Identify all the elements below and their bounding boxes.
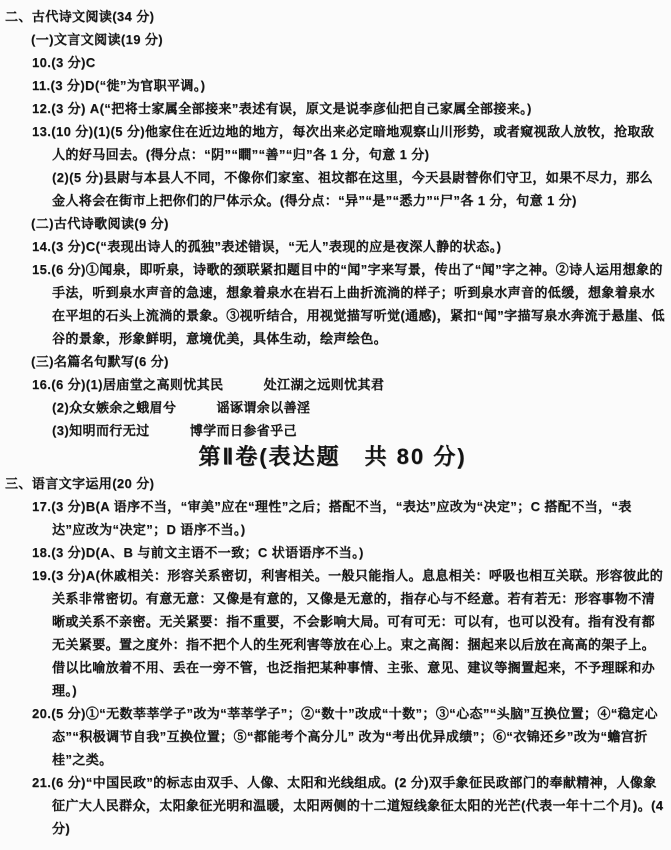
section-2-title: 二、古代诗文阅读(34 分): [0, 5, 665, 28]
answer-q13-part2: (2)(5 分)县尉与本县人不同，不像你们家室、祖坟都在这里，今天县尉替你们守卫…: [0, 166, 665, 212]
volume-2-heading: 第Ⅱ卷(表达题 共 80 分): [0, 442, 665, 472]
answer-q11: 11.(3 分)D(“徙”为官职平调。): [0, 74, 665, 97]
subsection-1-title: (一)文言文阅读(19 分): [0, 28, 665, 51]
section-3-title: 三、语言文字运用(20 分): [0, 472, 665, 495]
answer-q12: 12.(3 分) A(“把将士家属全部接来”表述有误，原文是说李彦仙把自己家属全…: [0, 97, 665, 120]
answer-q16-part2: (2)众女嫉余之蛾眉兮 谣诼谓余以善淫: [0, 396, 665, 419]
answer-q14: 14.(3 分)C(“表现出诗人的孤独”表述错误，“无人”表现的应是夜深人静的状…: [0, 235, 665, 258]
answer-q17: 17.(3 分)B(A 语序不当，“审美”应在“理性”之后；搭配不当，“表达”应…: [0, 495, 665, 541]
subsection-3-title: (三)名篇名句默写(6 分): [0, 350, 665, 373]
answer-q18: 18.(3 分)D(A、B 与前文主语不一致；C 状语语序不当。): [0, 541, 665, 564]
exam-answer-sheet: 二、古代诗文阅读(34 分) (一)文言文阅读(19 分) 10.(3 分)C …: [0, 0, 671, 850]
answer-q10: 10.(3 分)C: [0, 51, 665, 74]
answer-q16-part1: 16.(6 分)(1)居庙堂之高则忧其民 处江湖之远则忧其君: [0, 373, 665, 396]
answer-q15: 15.(6 分)①闻泉，即听泉，诗歌的颈联紧扣题目中的“闻”字来写景，传出了“闻…: [0, 258, 665, 350]
subsection-2-title: (二)古代诗歌阅读(9 分): [0, 212, 665, 235]
answer-q21: 21.(6 分)“中国民政”的标志由双手、人像、太阳和光线组成。(2 分)双手象…: [0, 771, 665, 840]
answer-q20: 20.(5 分)①“无数莘莘学子”改为“莘莘学子”；②“数十”改成“十数”；③“…: [0, 702, 665, 771]
answer-q19: 19.(3 分)A(休戚相关：形容关系密切，利害相关。一般只能指人。息息相关：呼…: [0, 564, 665, 702]
answer-q16-part3: (3)知明而行无过 博学而日参省乎己: [0, 419, 665, 442]
answer-q13-part1: 13.(10 分)(1)(5 分)他家住在近边地的地方，每次出来必定暗地观察山川…: [0, 120, 665, 166]
